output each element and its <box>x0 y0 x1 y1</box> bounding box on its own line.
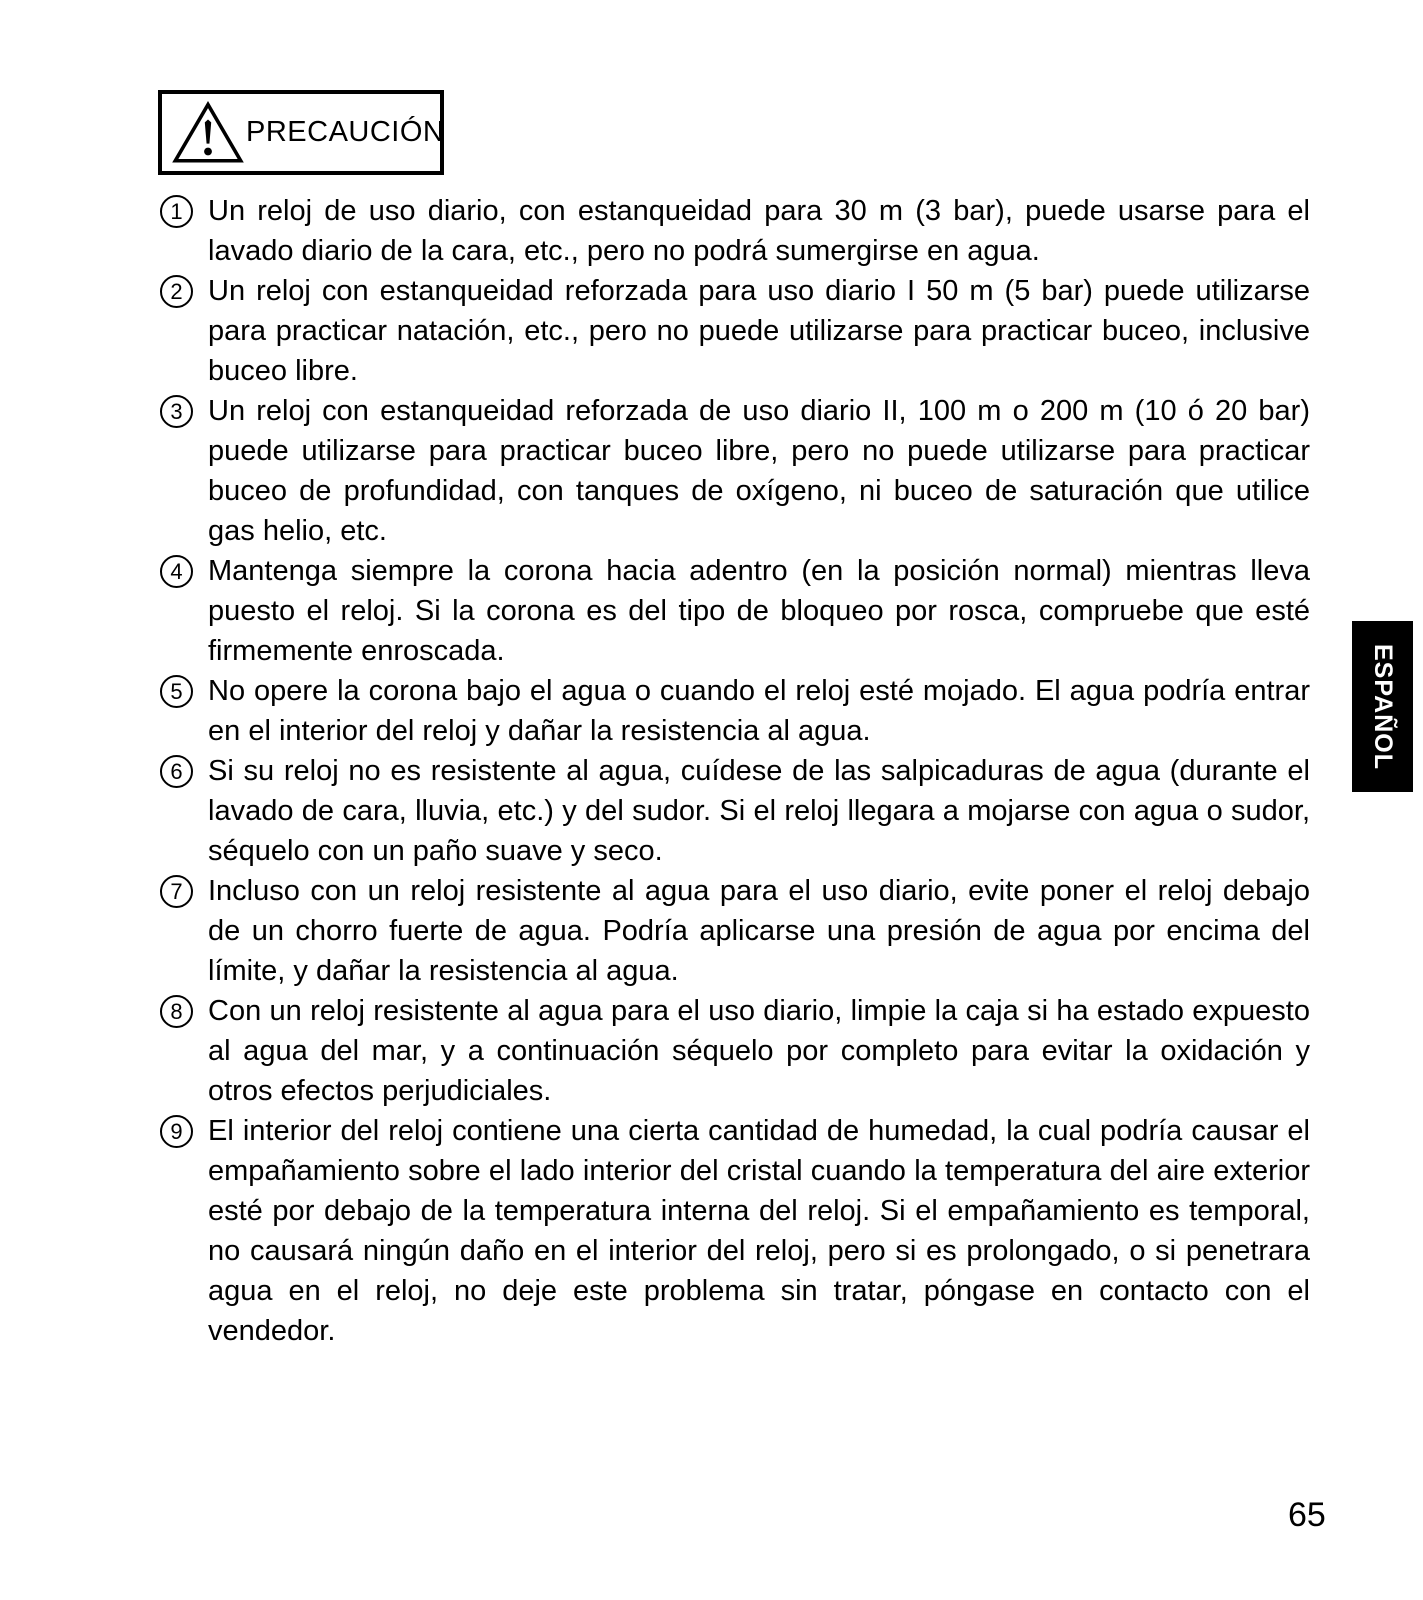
list-item: 5 No opere la corona bajo el agua o cuan… <box>160 671 1310 751</box>
item-number-badge: 2 <box>160 275 193 308</box>
item-text: Un reloj con estanqueidad reforzada de u… <box>208 395 1310 547</box>
item-number-badge: 9 <box>160 1115 193 1148</box>
list-item: 4 Mantenga siempre la corona hacia adent… <box>160 551 1310 671</box>
item-number-badge: 1 <box>160 195 193 228</box>
item-text: No opere la corona bajo el agua o cuando… <box>208 675 1310 747</box>
document-page: PRECAUCIÓN 1 Un reloj de uso diario, con… <box>0 0 1423 1600</box>
list-item: 2 Un reloj con estanqueidad reforzada pa… <box>160 271 1310 391</box>
item-number-badge: 5 <box>160 675 193 708</box>
item-number-badge: 6 <box>160 755 193 788</box>
list-item: 7 Incluso con un reloj resistente al agu… <box>160 871 1310 991</box>
list-item: 8 Con un reloj resistente al agua para e… <box>160 991 1310 1111</box>
item-number-badge: 3 <box>160 395 193 428</box>
item-text: Mantenga siempre la corona hacia adentro… <box>208 555 1310 667</box>
page-number: 65 <box>1288 1496 1326 1535</box>
caution-label: PRECAUCIÓN <box>246 116 444 149</box>
caution-box: PRECAUCIÓN <box>158 90 444 175</box>
list-item: 9 El interior del reloj contiene una cie… <box>160 1111 1310 1351</box>
item-number-badge: 7 <box>160 875 193 908</box>
item-text: Con un reloj resistente al agua para el … <box>208 995 1310 1107</box>
item-number-badge: 4 <box>160 555 193 588</box>
list-item: 6 Si su reloj no es resistente al agua, … <box>160 751 1310 871</box>
language-tab-espanol: ESPAÑOL <box>1352 621 1413 792</box>
item-text: Incluso con un reloj resistente al agua … <box>208 875 1310 987</box>
precaution-list: 1 Un reloj de uso diario, con estanqueid… <box>160 191 1310 1351</box>
item-text: Un reloj con estanqueidad reforzada para… <box>208 275 1310 387</box>
warning-triangle-icon <box>172 101 244 165</box>
item-text: Si su reloj no es resistente al agua, cu… <box>208 755 1310 867</box>
list-item: 1 Un reloj de uso diario, con estanqueid… <box>160 191 1310 271</box>
item-text: Un reloj de uso diario, con estanqueidad… <box>208 195 1310 267</box>
item-text: El interior del reloj contiene una ciert… <box>208 1115 1310 1347</box>
item-number-badge: 8 <box>160 995 193 1028</box>
list-item: 3 Un reloj con estanqueidad reforzada de… <box>160 391 1310 551</box>
